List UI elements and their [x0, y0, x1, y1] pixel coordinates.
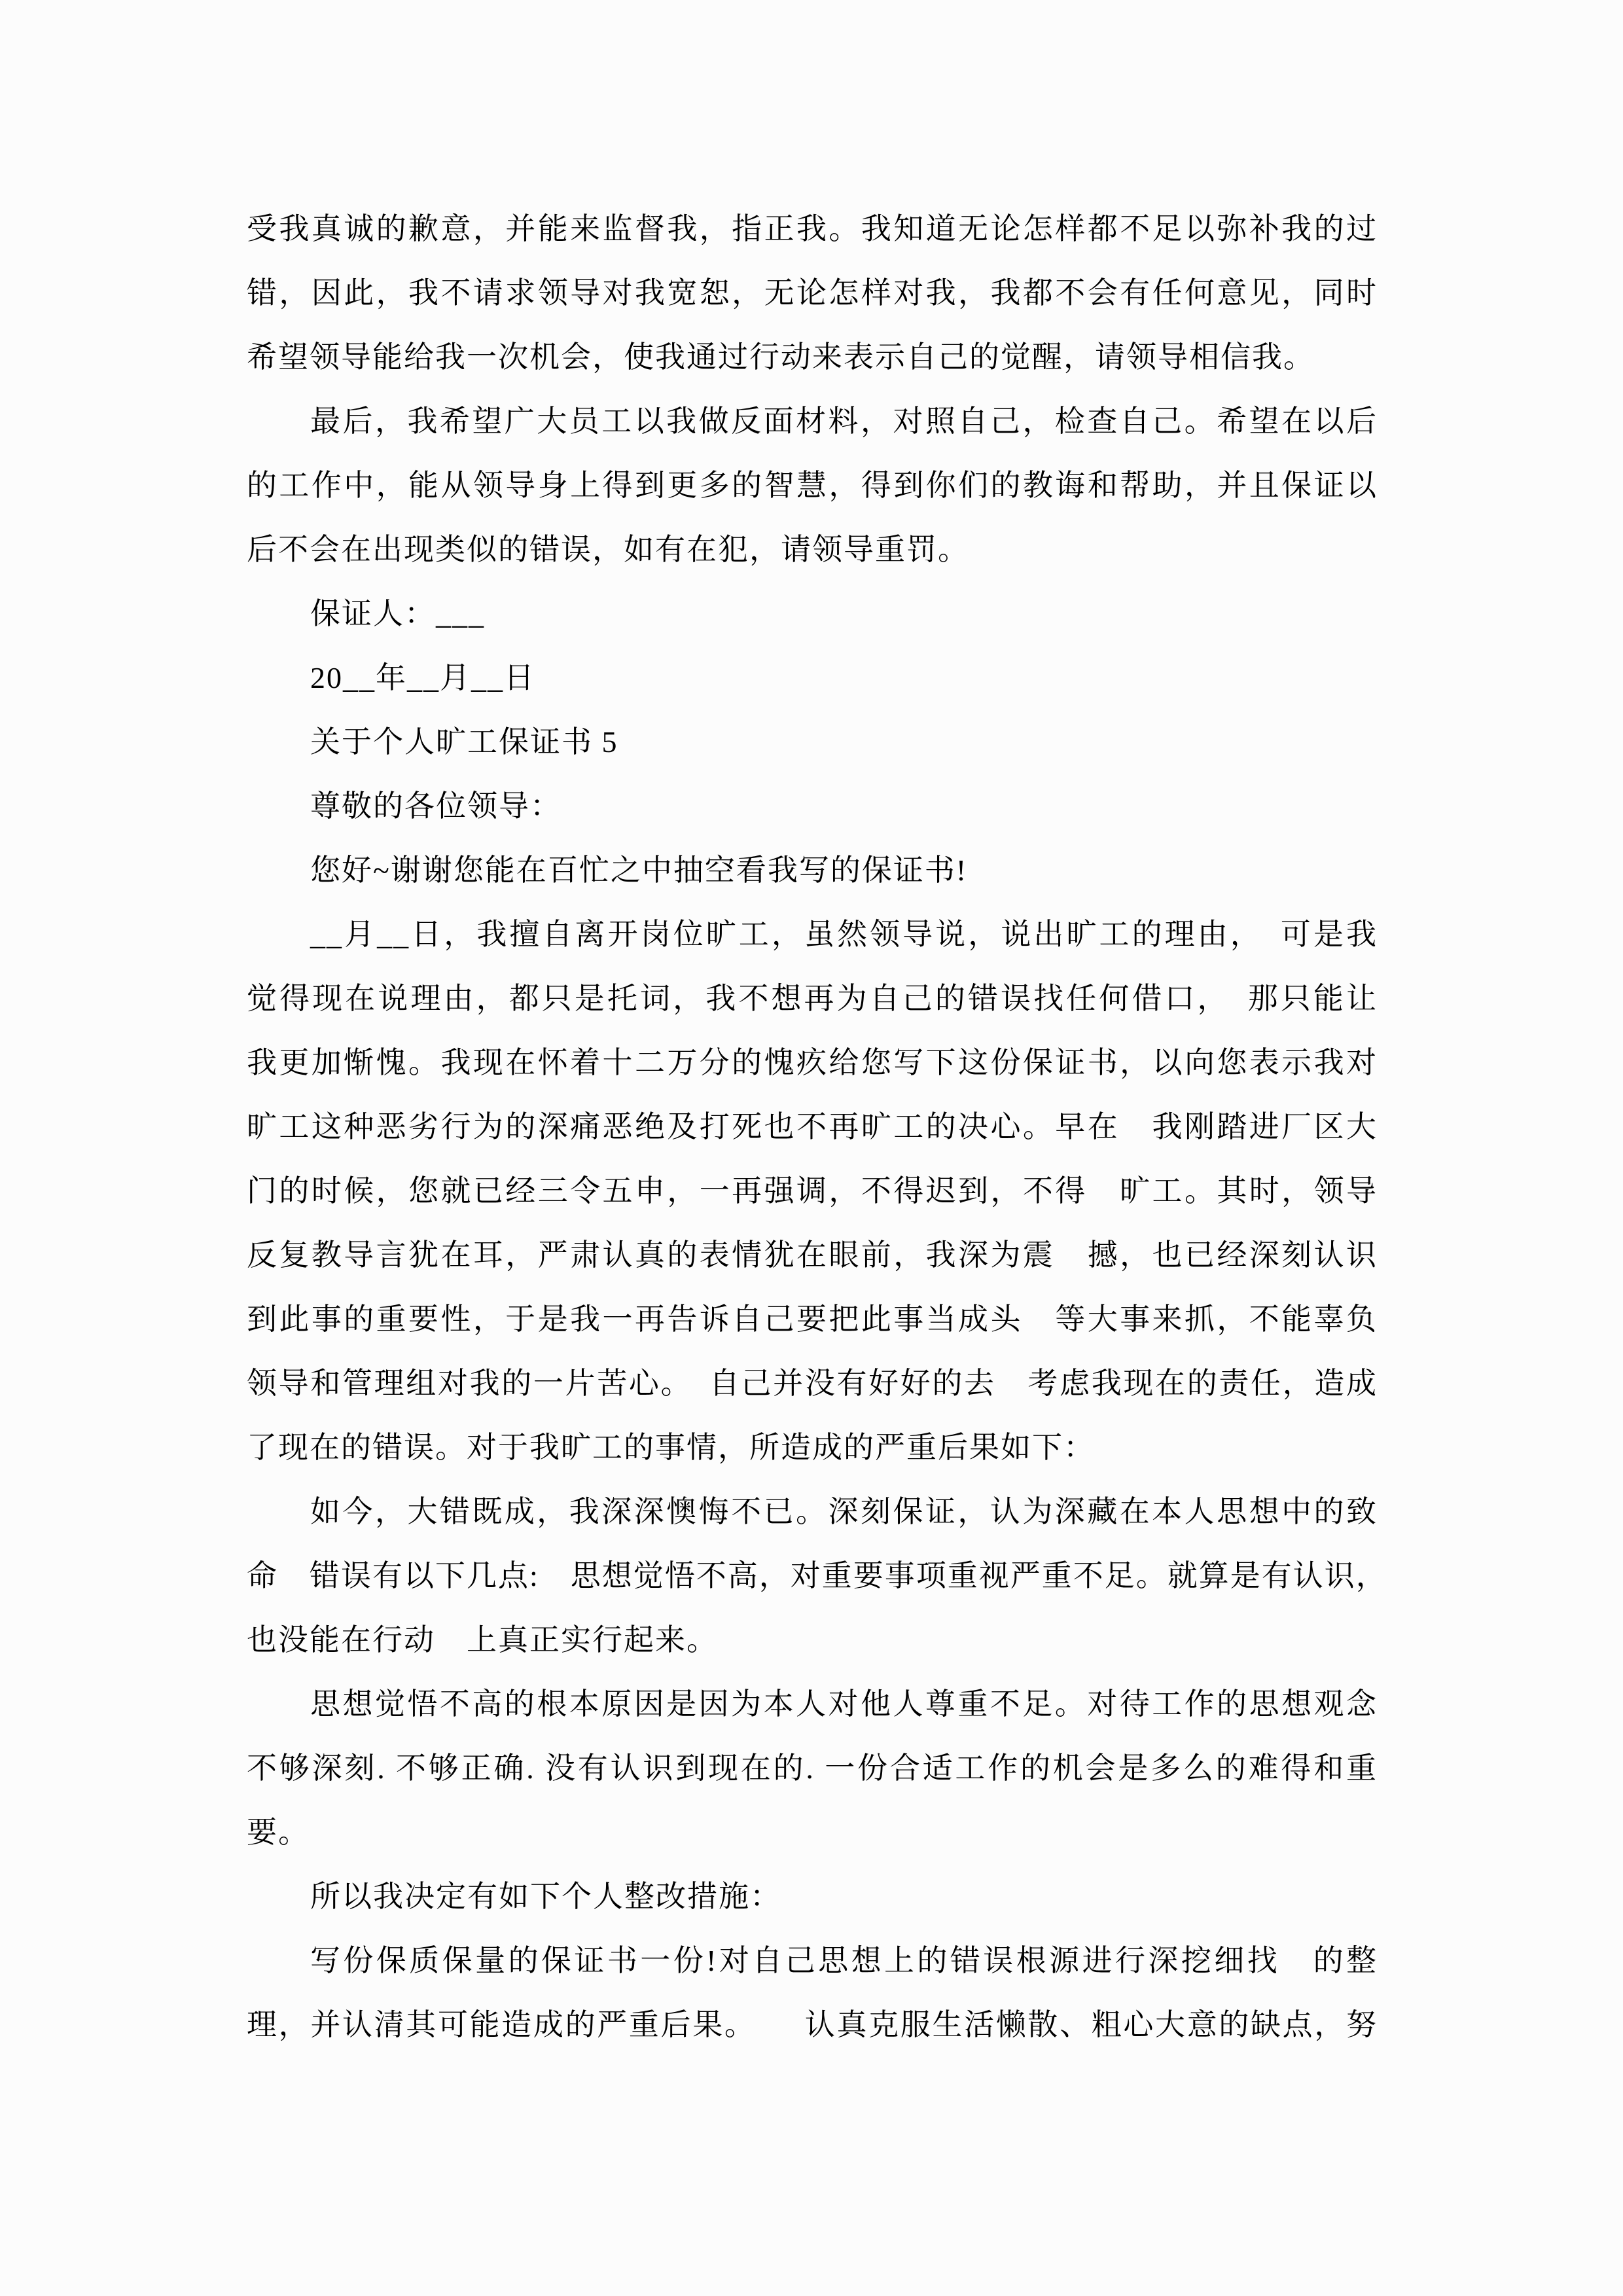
text-line: __月__日，我擅自离开岗位旷工，虽然领导说，说出旷工的理由， 可是我 — [247, 903, 1378, 967]
text-line: 理，并认清其可能造成的严重后果。 认真克服生活懒散、粗心大意的缺点，努 — [247, 1993, 1378, 2057]
text-line: 到此事的重要性，于是我一再告诉自己要把此事当成头 等大事来抓，不能辜负 — [247, 1287, 1378, 1352]
text-line: 的工作中，能从领导身上得到更多的智慧，得到你们的教诲和帮助，并且保证以 — [247, 454, 1378, 518]
text-line: 错，因此，我不请求领导对我宽恕，无论怎样对我，我都不会有任何意见，同时 — [247, 261, 1378, 325]
document-page: 受我真诚的歉意，并能来监督我，指正我。我知道无论怎样都不足以弥补我的过错，因此，… — [0, 0, 1623, 2296]
text-line: 领导和管理组对我的一片苦心。 自己并没有好好的去 考虑我现在的责任，造成 — [247, 1352, 1378, 1416]
text-line: 希望领导能给我一次机会，使我通过行动来表示自己的觉醒，请领导相信我。 — [247, 325, 1378, 389]
text-line: 了现在的错误。对于我旷工的事情，所造成的严重后果如下： — [247, 1416, 1378, 1480]
text-line: 不够深刻. 不够正确. 没有认识到现在的. 一份合适工作的机会是多么的难得和重 — [247, 1736, 1378, 1801]
text-line: 反复教导言犹在耳，严肃认真的表情犹在眼前，我深为震 撼，也已经深刻认识 — [247, 1223, 1378, 1287]
text-line: 20__年__月__日 — [247, 646, 1378, 710]
text-line: 如今，大错既成，我深深懊悔不已。深刻保证，认为深藏在本人思想中的致 — [247, 1480, 1378, 1544]
text-line: 您好~谢谢您能在百忙之中抽空看我写的保证书! — [247, 838, 1378, 903]
text-line: 要。 — [247, 1801, 1378, 1865]
document-body: 受我真诚的歉意，并能来监督我，指正我。我知道无论怎样都不足以弥补我的过错，因此，… — [247, 197, 1378, 2057]
text-line: 命 错误有以下几点: 思想觉悟不高，对重要事项重视严重不足。就算是有认识， — [247, 1544, 1378, 1608]
text-line: 尊敬的各位领导： — [247, 774, 1378, 838]
text-line: 旷工这种恶劣行为的深痛恶绝及打死也不再旷工的决心。早在 我刚踏进厂区大 — [247, 1095, 1378, 1159]
text-line: 也没能在行动 上真正实行起来。 — [247, 1608, 1378, 1672]
text-line: 所以我决定有如下个人整改措施： — [247, 1865, 1378, 1929]
text-line: 最后，我希望广大员工以我做反面材料，对照自己，检查自己。希望在以后 — [247, 389, 1378, 454]
text-line: 写份保质保量的保证书一份!对自己思想上的错误根源进行深挖细找 的整 — [247, 1929, 1378, 1993]
text-line: 我更加惭愧。我现在怀着十二万分的愧疚给您写下这份保证书，以向您表示我对 — [247, 1031, 1378, 1095]
text-line: 保证人：___ — [247, 582, 1378, 646]
text-line: 门的时候，您就已经三令五申，一再强调，不得迟到，不得 旷工。其时，领导 — [247, 1159, 1378, 1223]
text-line: 关于个人旷工保证书 5 — [247, 710, 1378, 774]
text-line: 觉得现在说理由，都只是托词，我不想再为自己的错误找任何借口， 那只能让 — [247, 967, 1378, 1031]
text-line: 思想觉悟不高的根本原因是因为本人对他人尊重不足。对待工作的思想观念 — [247, 1672, 1378, 1736]
text-line: 后不会在出现类似的错误，如有在犯，请领导重罚。 — [247, 518, 1378, 582]
text-line: 受我真诚的歉意，并能来监督我，指正我。我知道无论怎样都不足以弥补我的过 — [247, 197, 1378, 261]
